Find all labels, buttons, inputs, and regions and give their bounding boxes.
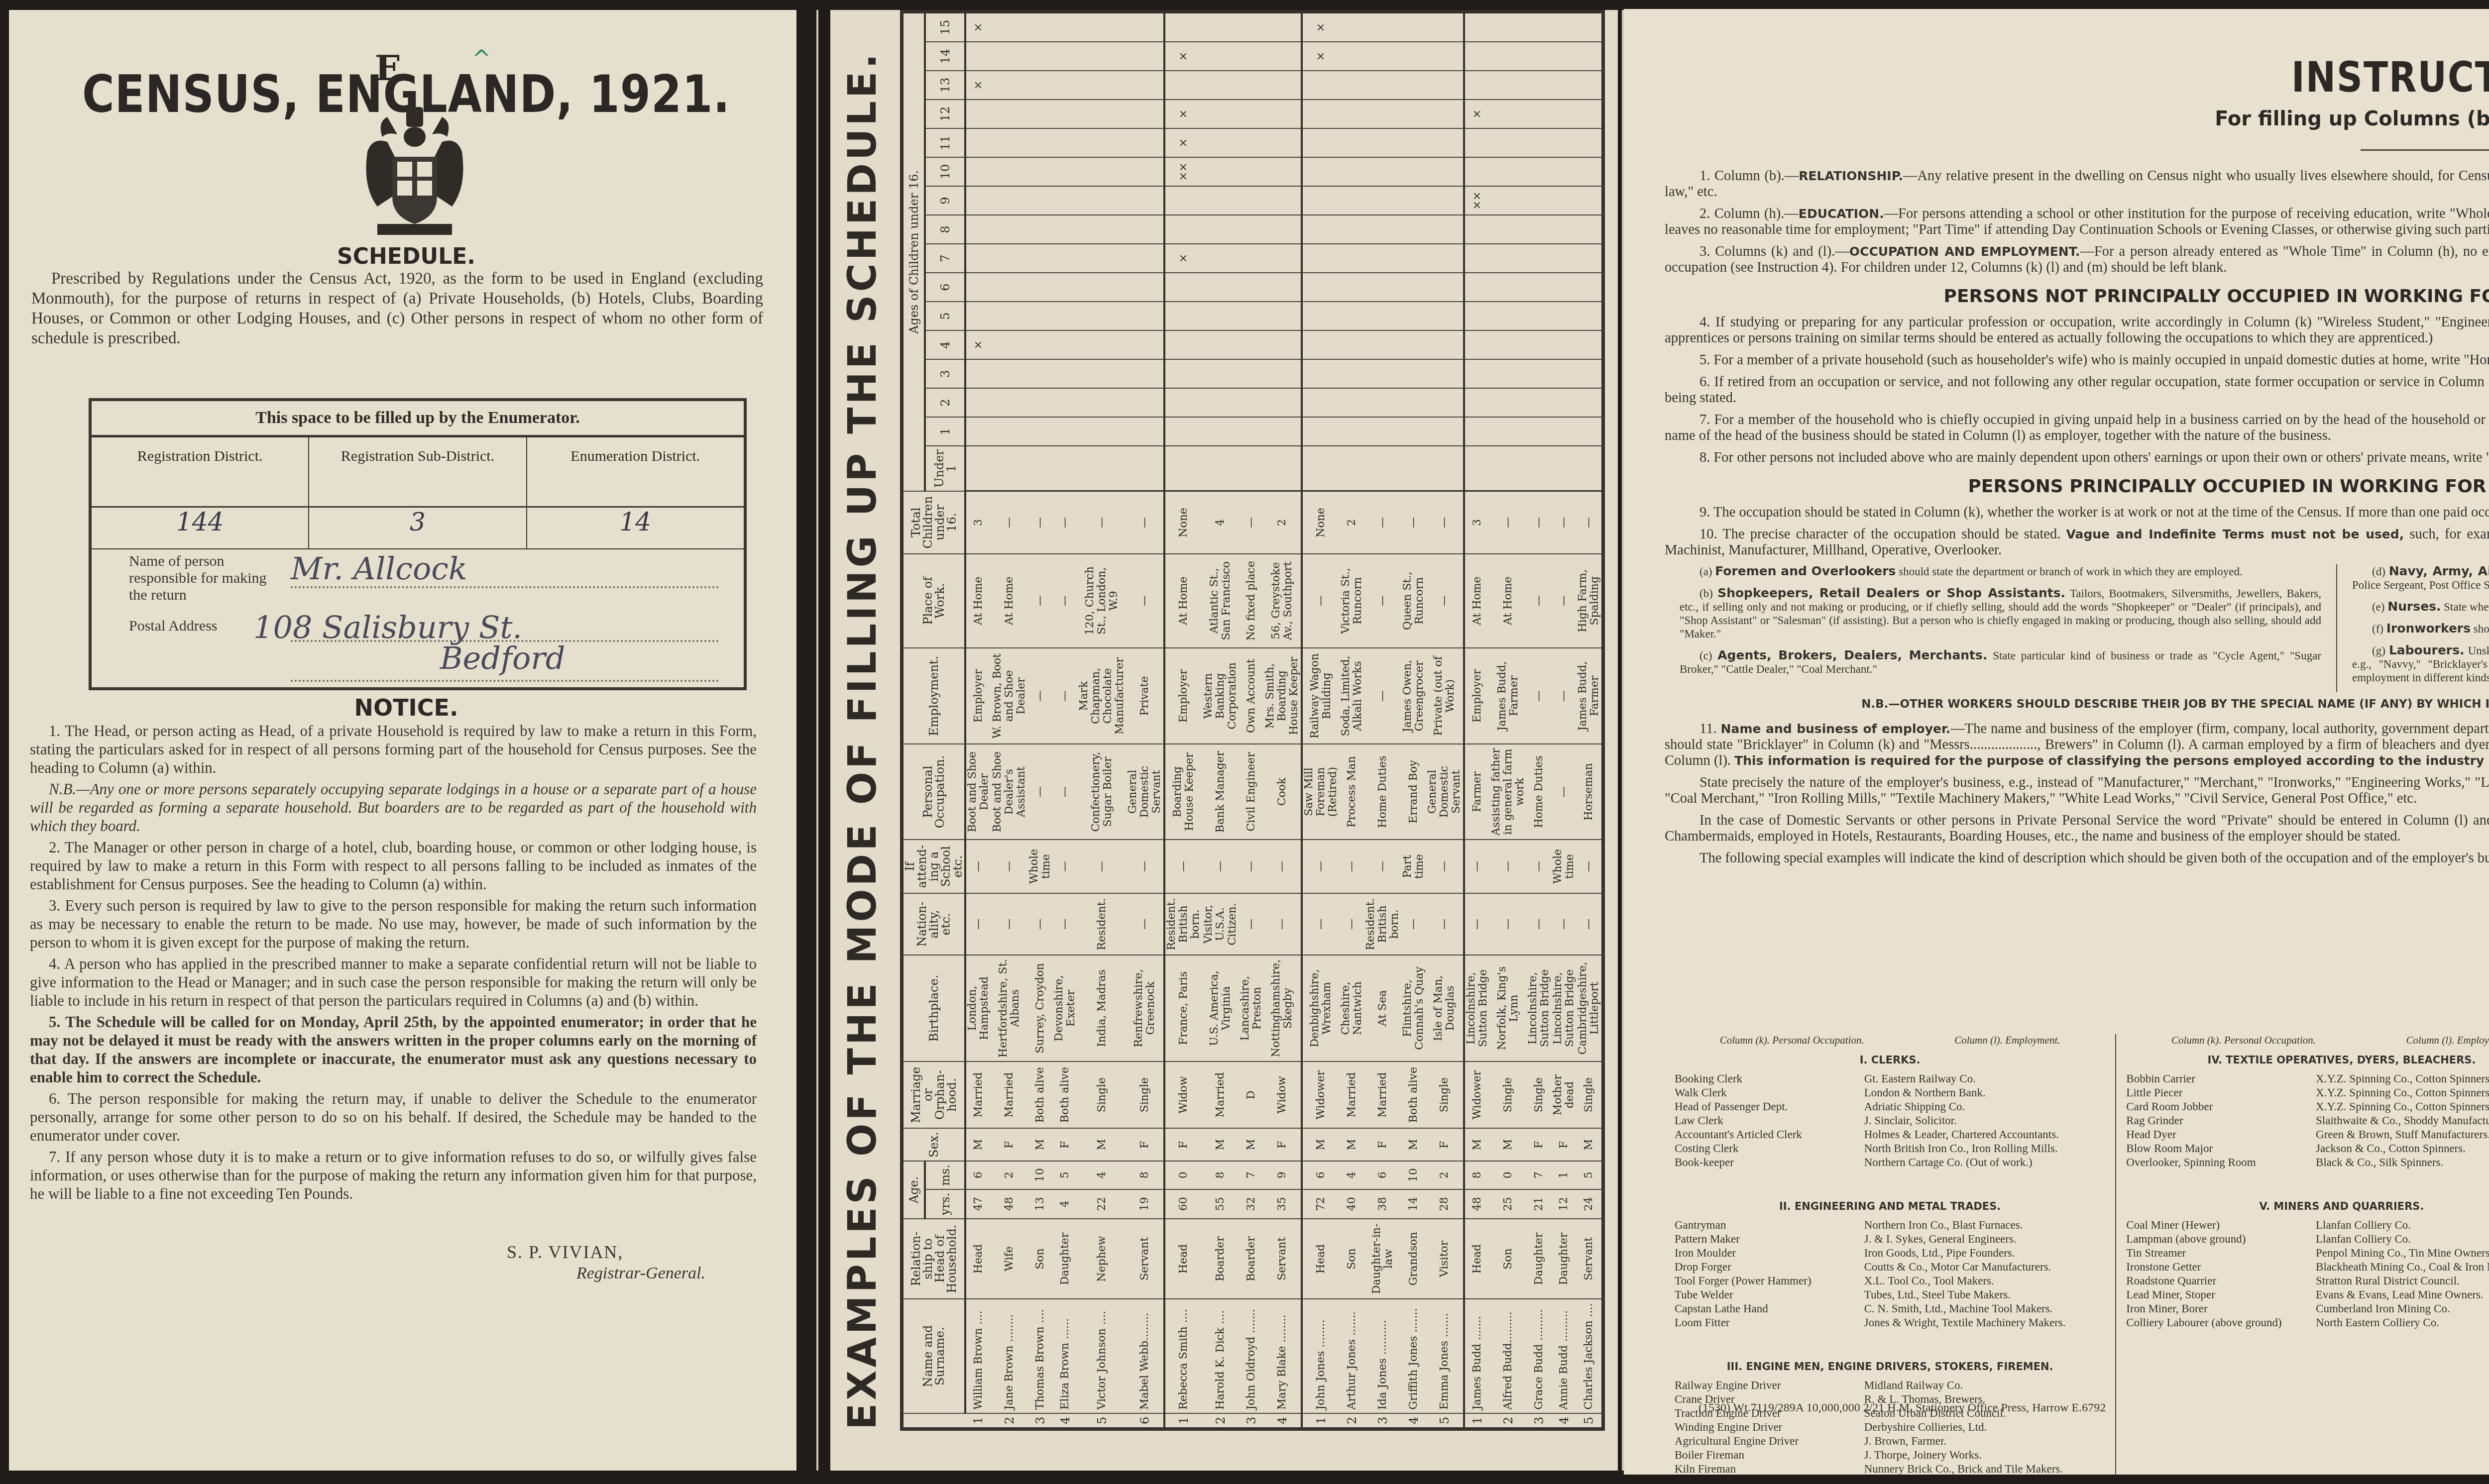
example-entry: Law ClerkJ. Sinclair, Solicitor. (1675, 1114, 2105, 1128)
employment: C. N. Smith, Ltd., Machine Tool Makers. (1864, 1302, 2106, 1316)
cell-child-age-12 (1364, 100, 1401, 128)
example-row: 3John Oldroyd .......Boarder327MDLancash… (1239, 12, 1264, 1429)
cell-child-age-13 (1552, 71, 1577, 100)
cell-place: — (1127, 554, 1164, 648)
employment: X.Y.Z. Spinning Co., Cotton Spinners. (2316, 1086, 2489, 1100)
cell-child-age-9 (1078, 186, 1127, 215)
cell-child-age-15 (1527, 12, 1552, 42)
cell-name: James Budd ....... (1464, 1299, 1490, 1413)
cell-child-age-13 (991, 71, 1028, 100)
cell-nat: Resident. (1078, 893, 1127, 955)
cell-child-age-5 (1364, 302, 1401, 330)
col-header-child-age: 3 (925, 359, 965, 388)
col-header-child-age: 10 (925, 157, 965, 186)
example-entry: Tin StreamerPenpol Mining Co., Tin Mine … (2126, 1246, 2489, 1260)
cell-child-age-10 (1527, 157, 1552, 186)
employment: Adriatic Shipping Co. (1864, 1100, 2106, 1114)
cell-emp: Soda, Limited, Alkali Works (1340, 648, 1364, 744)
signature-name: S. P. VIVIAN, (507, 1242, 623, 1263)
registration-district-value[interactable]: 144 (92, 508, 309, 548)
cell-child-age-3 (1302, 359, 1340, 388)
cell-child-age-4 (1264, 330, 1302, 359)
cell-occ: Bank Manager (1202, 744, 1239, 840)
cell-total: — (1552, 491, 1577, 554)
cell-child-age-8 (1577, 215, 1603, 244)
employment: Nunnery Brick Co., Brick and Tile Makers… (1864, 1462, 2106, 1476)
printer-imprint: (1530) Wt.7119/289A 10,000,000 2/21 H.M.… (1698, 1401, 2106, 1415)
cell-child-age-12 (965, 100, 991, 128)
cell-total: 3 (965, 491, 991, 554)
cell-rel: Son (1028, 1219, 1053, 1299)
cell-child-age-14 (991, 42, 1028, 71)
cell-child-age-7 (1527, 244, 1552, 273)
cell-child-age-3 (1264, 359, 1302, 388)
registration-district-label: Registration District. (92, 437, 309, 506)
cell-sex: M (1202, 1128, 1239, 1161)
cell-child-age-7 (991, 244, 1028, 273)
cell-under-1 (1490, 446, 1527, 491)
cell-occ: Farmer (1464, 744, 1490, 840)
cell-emp: Own Account (1239, 648, 1264, 744)
subrule-item: (f) Ironworkers should state whether Pud… (2352, 622, 2489, 636)
cell-child-age-11 (1028, 128, 1053, 157)
cell-child-age-13 (1239, 71, 1264, 100)
cell-name: Grace Budd ......... (1527, 1299, 1552, 1413)
personal-occupation: Lampman (above ground) (2126, 1232, 2316, 1246)
cell-birth: U.S. America, Virginia (1202, 955, 1239, 1061)
cell-child-age-3 (1239, 359, 1264, 388)
cell-child-age-6 (1464, 273, 1490, 302)
cell-child-age-2 (1028, 388, 1053, 417)
cell-name: Arthur Jones ....... (1340, 1299, 1364, 1413)
col-header-child-age: 12 (925, 100, 965, 128)
cell-child-age-8 (1164, 215, 1202, 244)
employment: X.Y.Z. Spinning Co., Cotton Spinners. (2316, 1100, 2489, 1114)
cell-child-age-7 (1552, 244, 1577, 273)
cell-yrs: 28 (1426, 1189, 1464, 1219)
child-age-x-mark: × (965, 330, 991, 359)
col-header-age-ms: ms. (925, 1161, 965, 1189)
cell-child-age-11 (1464, 128, 1490, 157)
cell-child-age-8 (1527, 215, 1552, 244)
cell-child-age-15 (1364, 12, 1401, 42)
title-rule (2361, 149, 2489, 151)
cell-child-age-13 (1426, 71, 1464, 100)
cell-ms: 2 (1426, 1161, 1464, 1189)
cell-child-age-10 (1053, 157, 1078, 186)
col-header-ages-of-children: Ages of Children under 16. (902, 12, 925, 491)
cell-child-age-1 (1302, 417, 1340, 446)
cell-mar: Single (1490, 1061, 1527, 1128)
example-entry: Head DyerGreen & Brown, Stuff Manufactur… (2126, 1128, 2489, 1142)
cell-occ: Horseman (1577, 744, 1603, 840)
cell-child-age-5 (1340, 302, 1364, 330)
cell-ms: 8 (1127, 1161, 1164, 1189)
cell-child-age-2 (1426, 388, 1464, 417)
employment: Black & Co., Silk Spinners. (2316, 1156, 2489, 1169)
cell-mar: Widower (1302, 1061, 1340, 1128)
example-row: 4Griffith Jones .......Grandson1410MBoth… (1401, 12, 1426, 1429)
cell-place: — (1527, 554, 1552, 648)
instruction-5: 5. For a member of a private household (… (1665, 352, 2489, 368)
example-entry: Boiler FiremanJ. Thorpe, Joinery Works. (1675, 1448, 2105, 1462)
example-entry: Overlooker, Spinning RoomBlack & Co., Si… (2126, 1156, 2489, 1169)
cell-child-age-3 (991, 359, 1028, 388)
cell-rel: Servant (1577, 1219, 1603, 1299)
cell-child-age-2 (1239, 388, 1264, 417)
row-number: 3 (1028, 1413, 1053, 1429)
cell-child-age-5 (1401, 302, 1426, 330)
personal-occupation: Overlooker, Spinning Room (2126, 1156, 2316, 1169)
cell-place: At Home (965, 554, 991, 648)
cell-child-age-8 (1264, 215, 1302, 244)
cell-child-age-9 (1053, 186, 1078, 215)
cell-child-age-9 (1527, 186, 1552, 215)
example-section-title: V. MINERS AND QUARRIERS. (2126, 1199, 2489, 1213)
cell-under-1 (991, 446, 1028, 491)
cell-ms: 6 (1364, 1161, 1401, 1189)
cell-child-age-15 (1127, 12, 1164, 42)
cell-under-1 (1340, 446, 1364, 491)
col-header-child-age: 13 (925, 71, 965, 100)
cell-nat: Resident. British born. (1164, 893, 1202, 955)
cell-child-age-14 (1552, 42, 1577, 71)
row-number: 4 (1401, 1413, 1426, 1429)
cell-child-age-9 (1202, 186, 1239, 215)
notice-item-5: 5. The Schedule will be called for on Mo… (30, 1013, 757, 1086)
personal-occupation: Capstan Lathe Hand (1675, 1302, 1864, 1316)
subrule-item: (c) Agents, Brokers, Dealers, Merchants.… (1680, 648, 2321, 676)
cell-child-age-9 (1364, 186, 1401, 215)
cell-child-age-13 (1302, 71, 1340, 100)
instruction-1: 1. Column (b).—RELATIONSHIP.—Any relativ… (1665, 168, 2489, 200)
cell-child-age-4 (1164, 330, 1202, 359)
cell-child-age-4 (1490, 330, 1527, 359)
notice-item-1: 1. The Head, or person acting as Head, o… (30, 722, 757, 777)
cell-child-age-12 (991, 100, 1028, 128)
cell-place: Atlantic St., San Francisco (1202, 554, 1239, 648)
example-entry: Colliery Labourer (above ground)North Ea… (2126, 1316, 2489, 1330)
cell-sex: F (1127, 1128, 1164, 1161)
cell-birth: Surrey, Croydon (1028, 955, 1053, 1061)
cell-child-age-5 (1426, 302, 1464, 330)
employment: North Eastern Colliery Co. (2316, 1316, 2489, 1330)
employment: Penpol Mining Co., Tin Mine Owners. (2316, 1246, 2489, 1260)
cell-child-age-15 (1401, 12, 1426, 42)
row-number: 4 (1264, 1413, 1302, 1429)
name-dotted-line (291, 586, 719, 588)
cell-place: — (1426, 554, 1464, 648)
cell-child-age-8 (1490, 215, 1527, 244)
cell-total: 2 (1264, 491, 1302, 554)
cell-child-age-11 (1527, 128, 1552, 157)
cell-child-age-13 (1464, 71, 1490, 100)
cell-child-age-12 (1078, 100, 1127, 128)
cell-ms: 4 (1078, 1161, 1127, 1189)
cell-rel: Head (1302, 1219, 1340, 1299)
cell-child-age-5 (1053, 302, 1078, 330)
instruction-11-employer-business: State precisely the nature of the employ… (1665, 775, 2489, 807)
cell-child-age-10 (1202, 157, 1239, 186)
notice-item-4: 4. A person who has applied in the presc… (30, 954, 757, 1010)
cell-birth: India, Madras (1078, 955, 1127, 1061)
cell-child-age-14 (1464, 42, 1490, 71)
example-entry: Iron MoulderIron Goods, Ltd., Pipe Found… (1675, 1246, 2105, 1260)
cell-total: — (1364, 491, 1401, 554)
cell-child-age-12 (1527, 100, 1552, 128)
postal-address-line2[interactable]: Bedford (440, 640, 566, 676)
personal-occupation: Roadstone Quarrier (2126, 1274, 2316, 1288)
cell-under-1 (1464, 446, 1490, 491)
cell-child-age-10 (1552, 157, 1577, 186)
cell-nat: — (1302, 893, 1340, 955)
cell-child-age-1 (1028, 417, 1053, 446)
example-entry: Book-keeperNorthern Cartage Co. (Out of … (1675, 1156, 2105, 1169)
personal-occupation: Colliery Labourer (above ground) (2126, 1316, 2316, 1330)
cell-nat: Visitor, U.S.A. Citizen. (1202, 893, 1239, 955)
cell-total: — (1028, 491, 1053, 554)
cell-total: — (1527, 491, 1552, 554)
cell-yrs: 14 (1401, 1189, 1426, 1219)
child-age-x-mark: × (965, 12, 991, 42)
cell-yrs: 48 (991, 1189, 1028, 1219)
enumeration-district-value[interactable]: 14 (527, 508, 744, 548)
personal-occupation: Gantryman (1675, 1218, 1864, 1232)
employment: Gt. Eastern Railway Co. (1864, 1072, 2106, 1086)
cell-child-age-1 (1490, 417, 1527, 446)
cell-ms: 2 (991, 1161, 1028, 1189)
cell-child-age-2 (1127, 388, 1164, 417)
cell-sex: F (1053, 1128, 1078, 1161)
cell-school: — (1078, 840, 1127, 893)
cell-child-age-3 (1426, 359, 1464, 388)
examples-page: EXAMPLES OF THE MODE OF FILLING UP THE S… (830, 10, 1618, 1471)
cell-child-age-5 (1302, 302, 1340, 330)
cell-child-age-3 (1078, 359, 1127, 388)
subrule-item: (a) Foremen and Overlookers should state… (1680, 564, 2321, 578)
instruction-4: 4. If studying or preparing for any part… (1665, 315, 2489, 346)
col-header-nationality: Nation-ality, etc. (902, 893, 966, 955)
cell-place: — (1552, 554, 1577, 648)
cell-child-age-7 (1202, 244, 1239, 273)
col-header-birthplace: Birthplace. (902, 955, 966, 1061)
cell-yrs: 22 (1078, 1189, 1127, 1219)
example-entry: Card Room JobberX.Y.Z. Spinning Co., Cot… (2126, 1100, 2489, 1114)
cell-name: Charles Jackson .... (1577, 1299, 1603, 1413)
cell-child-age-12 (1490, 100, 1527, 128)
notice-item-2: 2. The Manager or other person in charge… (30, 838, 757, 893)
cell-child-age-13 (1202, 71, 1239, 100)
cell-rel: Head (1164, 1219, 1202, 1299)
example-row: 5Emma Jones .......Visitor282FSingleIsle… (1426, 12, 1464, 1429)
cell-child-age-7 (1053, 244, 1078, 273)
cell-child-age-15 (1202, 12, 1239, 42)
cell-child-age-3 (1202, 359, 1239, 388)
cell-mar: Single (1127, 1061, 1164, 1128)
cell-child-age-10 (1490, 157, 1527, 186)
cell-child-age-8 (1127, 215, 1164, 244)
example-row: 2Arthur Jones .......Son404MMarriedChesh… (1340, 12, 1364, 1429)
cell-mar: Married (965, 1061, 991, 1128)
cell-mar: Widow (1164, 1061, 1202, 1128)
cell-name: Thomas Brown .... (1028, 1299, 1053, 1413)
cell-child-age-2 (1164, 388, 1202, 417)
cell-nat: — (1527, 893, 1552, 955)
cell-school: — (1202, 840, 1239, 893)
cell-mar: Single (1577, 1061, 1603, 1128)
cell-nat: — (1401, 893, 1426, 955)
cell-child-age-7 (1264, 244, 1302, 273)
personal-occupation: Blow Room Major (2126, 1142, 2316, 1156)
cell-rel: Grandson (1401, 1219, 1426, 1299)
cell-sex: F (1426, 1128, 1464, 1161)
cell-school: — (1302, 840, 1340, 893)
cell-child-age-11 (1053, 128, 1078, 157)
example-entry: Loom FitterJones & Wright, Textile Machi… (1675, 1316, 2105, 1330)
cell-mar: Married (1340, 1061, 1364, 1128)
cell-emp: Employer (1164, 648, 1202, 744)
row-number: 2 (991, 1413, 1028, 1429)
cell-emp: James Budd, Farmer (1490, 648, 1527, 744)
cell-child-age-3 (1028, 359, 1053, 388)
employment: Holmes & Leader, Chartered Accountants. (1864, 1128, 2106, 1142)
registration-sub-district-value[interactable]: 3 (309, 508, 527, 548)
cell-mar: D (1239, 1061, 1264, 1128)
personal-occupation: Tool Forger (Power Hammer) (1675, 1274, 1864, 1288)
employment: Northern Iron Co., Blast Furnaces. (1864, 1218, 2106, 1232)
cell-child-age-1 (1078, 417, 1127, 446)
cell-total: None (1302, 491, 1340, 554)
child-age-x-mark: × (1164, 128, 1202, 157)
cell-school: Whole time (1552, 840, 1577, 893)
cell-sex: F (1264, 1128, 1302, 1161)
cell-child-age-5 (1577, 302, 1603, 330)
cell-occ: Cook (1264, 744, 1302, 840)
cell-child-age-9 (1164, 186, 1202, 215)
cell-child-age-13 (1127, 71, 1164, 100)
personal-occupation: Little Piecer (2126, 1086, 2316, 1100)
cell-child-age-11 (1364, 128, 1401, 157)
col-header-place-of-work: Place of Work. (902, 554, 966, 648)
subrules-left-column: (a) Foremen and Overlookers should state… (1665, 564, 2337, 692)
cell-child-age-6 (1401, 273, 1426, 302)
cell-child-age-4 (1552, 330, 1577, 359)
cell-child-age-13 (1401, 71, 1426, 100)
instruction-11-domestic-servants: In the case of Domestic Servants or othe… (1665, 813, 2489, 845)
cell-child-age-6 (1302, 273, 1340, 302)
cell-yrs: 4 (1053, 1189, 1078, 1219)
cell-ms: 10 (1028, 1161, 1053, 1189)
example-entry: Costing ClerkNorth British Iron Co., Iro… (1675, 1142, 2105, 1156)
instructions-body: 1. Column (b).—RELATIONSHIP.—Any relativ… (1665, 168, 2489, 872)
cell-child-age-12 (1401, 100, 1426, 128)
cell-rel: Servant (1127, 1219, 1164, 1299)
cell-child-age-5 (1464, 302, 1490, 330)
cell-child-age-15 (1239, 12, 1264, 42)
col-header-child-age: 4 (925, 330, 965, 359)
personal-occupation: Boiler Fireman (1675, 1448, 1864, 1462)
cell-child-age-1 (1464, 417, 1490, 446)
royal-coat-of-arms-icon (357, 107, 472, 239)
cell-under-1 (1401, 446, 1426, 491)
cell-school: — (1464, 840, 1490, 893)
employment: Derbyshire Collieries, Ltd. (1864, 1420, 2106, 1434)
cell-rel: Daughter (1552, 1219, 1577, 1299)
cell-child-age-8 (1364, 215, 1401, 244)
subrule-item: (b) Shopkeepers, Retail Dealers or Shop … (1680, 586, 2321, 640)
column-l-header: Column (l). Employment. (2406, 1034, 2489, 1046)
responsible-person-value[interactable]: Mr. Allcock (291, 550, 467, 587)
example-row: 1William Brown ....Head476MMarriedLondon… (965, 12, 991, 1429)
cell-name: Jane Brown ........ (991, 1299, 1028, 1413)
cell-child-age-4 (1464, 330, 1490, 359)
subrule-item: (g) Labourers. Unskilled workers usually… (2352, 643, 2489, 684)
row-number: 5 (1426, 1413, 1464, 1429)
column-k-header: Column (k). Personal Occupation. (1720, 1034, 1864, 1046)
cell-sex: M (1577, 1128, 1603, 1161)
personal-occupation: Kiln Fireman (1675, 1462, 1864, 1476)
cell-child-age-6 (1028, 273, 1053, 302)
cell-under-1 (1302, 446, 1340, 491)
cell-child-age-2 (991, 388, 1028, 417)
cell-birth: Norfolk, King's Lynn (1490, 955, 1527, 1061)
cell-sex: M (1302, 1128, 1340, 1161)
cell-child-age-2 (1364, 388, 1401, 417)
cell-child-age-12 (1202, 100, 1239, 128)
cell-under-1 (1202, 446, 1239, 491)
cell-sex: M (1490, 1128, 1527, 1161)
cell-child-age-14 (1490, 42, 1527, 71)
cell-child-age-1 (991, 417, 1028, 446)
cell-emp: Private (out of Work) (1426, 648, 1464, 744)
cell-child-age-12 (1577, 100, 1603, 128)
cell-child-age-13 (1053, 71, 1078, 100)
cell-school: — (1340, 840, 1364, 893)
cell-child-age-3 (965, 359, 991, 388)
col-header-child-age: 9 (925, 186, 965, 215)
instruction-9: 9. The occupation should be stated in Co… (1665, 505, 2489, 521)
cell-child-age-5 (1028, 302, 1053, 330)
child-age-x-mark: × (1164, 244, 1202, 273)
example-entry: Head of Passenger Dept.Adriatic Shipping… (1675, 1100, 2105, 1114)
cell-child-age-1 (1164, 417, 1202, 446)
cell-child-age-7 (1302, 244, 1340, 273)
cell-school: Whole time (1028, 840, 1053, 893)
cell-child-age-10 (1028, 157, 1053, 186)
col-header-child-age: 1 (925, 417, 965, 446)
cell-child-age-11 (1552, 128, 1577, 157)
cell-child-age-2 (1078, 388, 1127, 417)
notice-list: 1. The Head, or person acting as Head, o… (30, 722, 757, 1206)
employment: Llanfan Colliery Co. (2316, 1232, 2489, 1246)
row-number: 5 (1577, 1413, 1603, 1429)
cell-total: 3 (1464, 491, 1490, 554)
cell-child-age-5 (1127, 302, 1164, 330)
cell-child-age-7 (1401, 244, 1426, 273)
cell-child-age-3 (1490, 359, 1527, 388)
example-row: 1Rebecca Smith ....Head600FWidowFrance, … (1164, 12, 1202, 1429)
cell-child-age-9 (1577, 186, 1603, 215)
col-header-child-age: 14 (925, 42, 965, 71)
cell-nat: — (1490, 893, 1527, 955)
employment: J. Brown, Farmer. (1864, 1434, 2106, 1448)
cell-nat: — (1053, 893, 1078, 955)
cell-child-age-7 (1577, 244, 1603, 273)
personal-occupation: Head of Passenger Dept. (1675, 1100, 1864, 1114)
cell-name: Mabel Webb........ (1127, 1299, 1164, 1413)
cell-ms: 9 (1264, 1161, 1302, 1189)
child-age-x-mark: × (1164, 100, 1202, 128)
